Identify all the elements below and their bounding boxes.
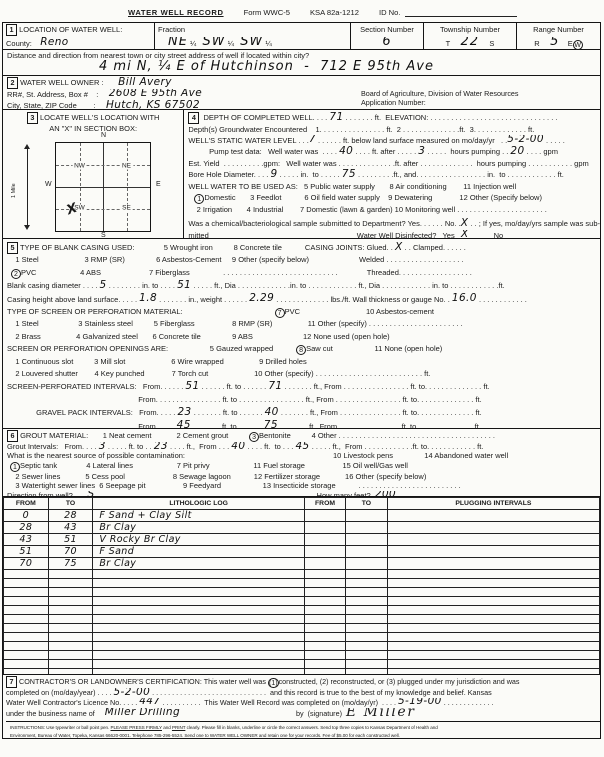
printed-text: City, State, ZIP Code : <box>7 101 106 110</box>
printed-text: Casing height above land surface. . . . … <box>7 295 139 304</box>
section-1-location: 1 LOCATION OF WATER WELL: County: Reno F… <box>3 23 600 50</box>
table-cell <box>93 660 305 669</box>
printed-text: Range Number <box>533 25 584 34</box>
printed-text: . . . . . . . ft., From . . . . . . . . … <box>282 382 489 391</box>
line-well-disinfected: mittedWater Well Disinfected? Yes X No <box>188 230 600 239</box>
printed-text: . . . . . ft., Dia . . . . . . . . . . .… <box>191 281 504 290</box>
handwritten-entry: 9 <box>270 169 277 180</box>
fraction-label-line: Fraction <box>158 24 347 37</box>
table-cell <box>346 558 388 570</box>
printed-text: GRAVEL PACK INTERVALS: From. . . . . <box>7 408 177 417</box>
signature-script: E Miller <box>346 708 415 719</box>
line-grout-material: 6 GROUT MATERIAL: 1 Neat cement 2 Cement… <box>7 430 600 442</box>
handwritten-entry: 5-2-00 <box>113 688 150 698</box>
table-row <box>4 615 600 624</box>
section-number-cell: Section Number 6 <box>351 23 424 49</box>
table-cell <box>304 570 345 579</box>
form-number: Form WWC-5 <box>244 8 290 17</box>
table-row: 2843Br Clay <box>4 522 600 534</box>
instructions-block: INSTRUCTIONS: Use typewriter or ball poi… <box>6 721 600 739</box>
handwritten-entry: NE <box>168 37 188 50</box>
printed-text: T <box>446 39 461 48</box>
printed-text: Distance and direction from nearest town… <box>7 51 309 60</box>
circled-option: 2 <box>11 269 21 279</box>
printed-text: completed on (mo/day/year) . . . . <box>6 688 113 697</box>
form-statute: KSA 82a-1212 <box>310 8 359 17</box>
diagram-dashed-line <box>127 143 128 231</box>
col-to-2: TO <box>346 498 388 510</box>
table-row <box>4 588 600 597</box>
handwritten-entry: 75 <box>264 420 278 429</box>
printed-text: . . . . . . . . .ft., and. . . . . . . .… <box>356 170 564 179</box>
handwritten-entry: X <box>461 218 469 229</box>
line-depth-completed-well: 4 DEPTH OF COMPLETED WELL. . . . 71 . . … <box>188 112 600 124</box>
table-cell <box>387 570 599 579</box>
line-screen-material-header: TYPE OF SCREEN OR PERFORATION MATERIAL:7… <box>7 306 600 318</box>
table-cell: 75 <box>48 558 93 570</box>
section-5-casing: 5 TYPE OF BLANK CASING USED: 5 Wrought i… <box>3 239 600 429</box>
line-casing-options-1: 1 Steel 3 RMP (SR) 6 Asbestos-Cement 9 O… <box>7 254 600 266</box>
table-row: 4351V Rocky Br Clay <box>4 534 600 546</box>
printed-text: . . . . . in. to . . . . . <box>278 170 342 179</box>
handwritten-entry: SW <box>203 37 226 50</box>
printed-text: S <box>479 39 494 48</box>
line-sample-submitted: Was a chemical/bacteriological sample su… <box>188 218 600 229</box>
table-row <box>4 570 600 579</box>
section-number-value: 6 <box>354 37 420 51</box>
table-cell <box>304 522 345 534</box>
handwritten-entry: 40 <box>339 146 353 157</box>
handwritten-entry: 2.29 <box>249 293 274 305</box>
table-cell <box>304 558 345 570</box>
printed-text: . . . . . . ft. below land surface measu… <box>316 136 507 145</box>
col-from-1: FROM <box>4 498 49 510</box>
line-gravel-pack-intervals-2: From. . . . . 45 . . . . . . . ft. to . … <box>7 420 600 429</box>
table-cell <box>4 579 49 588</box>
handwritten-entry: 45 <box>177 420 191 429</box>
printed-text: . . . . ft. to . . . <box>245 442 295 451</box>
table-cell <box>4 615 49 624</box>
printed-text: Township Number <box>440 25 500 34</box>
table-cell: 70 <box>48 546 93 558</box>
section-number-box: 4 <box>188 112 199 124</box>
table-cell <box>304 615 345 624</box>
form-title: WATER WELL RECORD <box>128 8 224 17</box>
instructions-line-1: INSTRUCTIONS: Use typewriter or ball poi… <box>10 724 596 732</box>
owner-name-line: 2 WATER WELL OWNER : Bill Avery <box>7 77 347 89</box>
printed-text: Water Well Disinfected? Yes <box>357 231 461 239</box>
table-cell <box>304 624 345 633</box>
section-number-box: 2 <box>7 77 18 89</box>
form-body: 1 LOCATION OF WATER WELL: County: Reno F… <box>2 22 601 739</box>
table-cell <box>4 624 49 633</box>
printed-text: 1 Steel 3 Stainless steel 5 Fiberglass 8… <box>7 319 463 328</box>
table-cell <box>387 642 599 651</box>
table-cell: 28 <box>48 510 93 522</box>
handwritten-entry: 4 mi N, ¼ E of Hutchinson - 712 E 95th A… <box>99 60 434 74</box>
handwritten-entry: 3 <box>99 442 106 451</box>
printed-text: . . . . . . . . . . . . . <box>442 698 494 707</box>
table-cell <box>346 588 388 597</box>
printed-text: DEPTH OF COMPLETED WELL. . . . <box>199 113 329 122</box>
line-screen-intervals-1: SCREEN-PERFORATED INTERVALS: From. . . .… <box>7 380 600 393</box>
table-cell <box>48 633 93 642</box>
handwritten-entry: Hutch, KS 67502 <box>106 100 200 110</box>
printed-text: ¼ <box>188 39 203 48</box>
table-cell <box>4 588 49 597</box>
table-cell <box>304 597 345 606</box>
handwritten-entry: 1.8 <box>139 293 157 305</box>
table-cell: F Sand + Clay Silt <box>93 510 305 522</box>
section-3-locator: 3 LOCATE WELL'S LOCATION WITH AN "X" IN … <box>3 110 184 238</box>
line-grout-intervals: Grout Intervals: From. . . . 3 . . . . .… <box>7 442 600 451</box>
table-cell <box>346 546 388 558</box>
township-cell: Township Number T 22 S <box>424 23 517 49</box>
line-water-use-options-1: WELL WATER TO BE USED AS: 5 Public water… <box>188 181 600 192</box>
township-label: Township Number <box>427 24 513 37</box>
printed-text: E <box>559 39 572 48</box>
printed-text: Pump test data: Well water was . . . . <box>188 147 339 156</box>
handwritten-entry: 447 <box>139 698 160 708</box>
handwritten-entry: 23 <box>154 442 168 451</box>
table-cell <box>48 624 93 633</box>
table-cell <box>346 597 388 606</box>
section-2-owner: 2 WATER WELL OWNER : Bill Avery RR#, St.… <box>3 76 600 110</box>
table-cell <box>346 522 388 534</box>
table-cell <box>4 633 49 642</box>
table-cell <box>93 633 305 642</box>
printed-text: What is the nearest source of possible c… <box>7 451 185 460</box>
one-mile-label: 1 Mile <box>11 183 17 198</box>
handwritten-entry: 51 <box>177 279 191 291</box>
section-number-box: 5 <box>7 242 18 254</box>
table-cell <box>346 642 388 651</box>
table-cell: 51 <box>4 546 49 558</box>
table-row <box>4 579 600 588</box>
handwritten-entry: 75 <box>342 169 356 180</box>
line-gravel-pack-intervals-1: GRAVEL PACK INTERVALS: From. . . . . 23 … <box>7 406 600 419</box>
printed-text: Depth(s) Groundwater Encountered 1. . . … <box>188 125 534 134</box>
handwritten-entry: 71 <box>268 380 282 392</box>
printed-text: ¼ <box>226 39 241 48</box>
printed-text: . . . . . . . ft., From . . . . . . . . … <box>279 408 482 417</box>
table-header-row: FROM TO LITHOLOGIC LOG FROM TO PLUGGING … <box>4 498 600 510</box>
table-cell <box>304 660 345 669</box>
table-cell <box>304 510 345 522</box>
printed-text: County: <box>6 39 40 48</box>
line-licence-number: Water Well Contractor's Licence No. . . … <box>6 698 600 708</box>
handwritten-entry: X <box>395 241 403 253</box>
sections-3-4: 3 LOCATE WELL'S LOCATION WITH AN "X" IN … <box>3 110 600 239</box>
table-cell <box>387 624 599 633</box>
printed-text: WATER WELL OWNER : <box>18 78 118 87</box>
table-cell <box>387 597 599 606</box>
handwritten-entry: 5 <box>550 37 559 50</box>
circled-option: 3 <box>249 432 259 442</box>
printed-text: No <box>469 231 504 239</box>
diagram-horizontal-midline <box>56 187 150 188</box>
fraction-value-line: NE ¼ SW ¼ SW ¼ <box>158 37 347 51</box>
table-cell <box>304 606 345 615</box>
table-cell <box>346 615 388 624</box>
handwritten-entry: 2608 E 95th Ave <box>109 89 202 100</box>
section-number-box: 1 <box>6 24 17 36</box>
table-cell <box>304 633 345 642</box>
lithologic-log-section: FROM TO LITHOLOGIC LOG FROM TO PLUGGING … <box>3 497 600 675</box>
table-cell <box>387 534 599 546</box>
printed-text: 2 Sewer lines 5 Cess pool 8 Sewage lagoo… <box>7 472 426 481</box>
line-contamination-header: What is the nearest source of possible c… <box>7 451 600 460</box>
section-3-title-1: 3 LOCATE WELL'S LOCATION WITH <box>3 112 183 124</box>
table-cell <box>387 579 599 588</box>
printed-text: SCREEN-PERFORATED INTERVALS: From. . . .… <box>7 382 185 391</box>
printed-text: . . . . ft. after . . . . . <box>353 147 418 156</box>
printed-text: 2 Brass 4 Galvanized steel 6 Concrete ti… <box>7 332 390 341</box>
printed-text: Was a chemical/bacteriological sample su… <box>188 219 460 228</box>
lithologic-table-body: 028F Sand + Clay Silt2843Br Clay4351V Ro… <box>4 510 600 676</box>
table-cell <box>93 642 305 651</box>
table-cell <box>48 597 93 606</box>
handwritten-entry: 5-2-00 <box>507 135 544 146</box>
handwritten-entry: 40 <box>265 406 279 418</box>
table-cell <box>304 651 345 660</box>
handwritten-entry: 51 <box>185 380 199 392</box>
table-cell: 43 <box>48 522 93 534</box>
printed-text: PVC 4 ABS 7 Fiberglass . . . . . . . . .… <box>21 268 472 277</box>
section-box-diagram: NW NE SW SE <box>55 142 151 232</box>
table-cell: V Rocky Br Clay <box>93 534 305 546</box>
printed-text: . . . . . ft., From . . . . . . . . . . … <box>310 442 484 451</box>
printed-text: TYPE OF BLANK CASING USED: 5 Wrought iro… <box>18 243 395 252</box>
printed-text: LOCATE WELL'S LOCATION WITH <box>38 113 160 122</box>
printed-text: Section Number <box>360 25 414 34</box>
quadrant-se-label: SE <box>120 205 133 212</box>
table-row: 028F Sand + Clay Silt <box>4 510 600 522</box>
table-cell: Br Clay <box>93 558 305 570</box>
table-cell <box>304 588 345 597</box>
table-cell <box>304 642 345 651</box>
printed-text: . . . . . . . . . . . . . . . . . . . . … <box>150 688 492 697</box>
printed-text: 2 Irrigation 4 Industrial 7 Domestic (la… <box>188 205 546 214</box>
section-number-box: 3 <box>27 112 38 124</box>
table-cell <box>346 510 388 522</box>
section-6-grout: 6 GROUT MATERIAL: 1 Neat cement 2 Cement… <box>3 429 600 497</box>
handwritten-entry: SW <box>240 37 263 50</box>
printed-text: Bore Hole Diameter. . . . <box>188 170 270 179</box>
distance-value-line: 4 mi N, ¼ E of Hutchinson - 712 E 95th A… <box>7 60 596 75</box>
handwritten-entry: 71 <box>329 112 343 123</box>
range-cell: Range Number R 5 EW <box>517 23 600 49</box>
water-well-record-form: WATER WELL RECORD Form WWC-5 KSA 82a-121… <box>0 0 604 757</box>
table-cell <box>387 546 599 558</box>
line-pump-test-data: Pump test data: Well water was . . . . 4… <box>188 146 600 157</box>
printed-text: RR#, St. Address, Box # : <box>7 90 109 99</box>
printed-text: . . . . . . . ft. to . . . . . . <box>191 422 264 429</box>
printed-text: . . . . . . ft. to . . . . . . <box>200 382 269 391</box>
table-cell <box>346 579 388 588</box>
line-screen-openings-options-1: 1 Continuous slot 3 Mill slot 6 Wire wra… <box>7 356 600 368</box>
printed-text: and <box>162 725 172 730</box>
section-number-box: 6 <box>7 430 18 442</box>
line-business-name-signature: under the business name of Miller Drilli… <box>6 708 600 719</box>
printed-text: AN "X" IN SECTION BOX: <box>49 124 137 133</box>
handwritten-entry: 22 <box>460 37 479 50</box>
table-cell <box>48 606 93 615</box>
printed-text: From. . . . . <box>7 422 177 429</box>
printed-text: Fraction <box>158 25 185 34</box>
table-cell <box>48 588 93 597</box>
printed-text: . . . . . hours pumping . . <box>425 147 510 156</box>
location-title-line: 1 LOCATION OF WATER WELL: <box>6 24 151 37</box>
table-cell <box>93 615 305 624</box>
table-cell <box>4 651 49 660</box>
distance-label-line: Distance and direction from nearest town… <box>7 51 596 60</box>
line-est-yield: Est. Yield . . . . . . . . . .gpm: Well … <box>188 158 600 169</box>
table-row <box>4 624 600 633</box>
line-casing-height-weight: Casing height above land surface. . . . … <box>7 293 600 306</box>
table-cell <box>93 579 305 588</box>
printed-text: Est. Yield . . . . . . . . . .gpm: Well … <box>188 159 588 168</box>
table-cell: 70 <box>4 558 49 570</box>
distance-direction-row: Distance and direction from nearest town… <box>3 50 600 76</box>
printed-text: Septic tank 4 Lateral lines 7 Pit privy … <box>20 461 408 470</box>
printed-text: . . . . . . . ft. ELEVATION: . . . . . .… <box>344 113 558 122</box>
table-cell <box>48 660 93 669</box>
printed-text: Grout Intervals: From. . . . <box>7 442 99 451</box>
table-row: 5170F Sand <box>4 546 600 558</box>
printed-text: LOCATION OF WATER WELL: <box>17 25 122 34</box>
compass-south-label: S <box>101 232 106 239</box>
printed-text: Water Well Contractor's Licence No. . . … <box>6 698 139 707</box>
table-cell <box>346 624 388 633</box>
printed-text: CONTRACTOR'S OR LANDOWNER'S CERTIFICATIO… <box>17 677 268 686</box>
printed-text: TYPE OF SCREEN OR PERFORATION MATERIAL: <box>7 307 183 316</box>
section-4-depth: 4 DEPTH OF COMPLETED WELL. . . . 71 . . … <box>184 110 600 238</box>
line-screen-material-options-2: 2 Brass 4 Galvanized steel 6 Concrete ti… <box>7 331 600 343</box>
line-static-water-level: WELL'S STATIC WATER LEVEL . . .7 . . . .… <box>188 135 600 146</box>
table-cell <box>304 546 345 558</box>
table-cell <box>93 624 305 633</box>
table-cell <box>4 660 49 669</box>
printed-text: . . . . . . . . . . . . <box>477 295 527 304</box>
table-row <box>4 597 600 606</box>
printed-text: Environment, Bureau of Water, Topeka, Ka… <box>10 733 366 738</box>
table-cell: 0 <box>4 510 49 522</box>
handwritten-entry: Bill Avery <box>118 77 172 88</box>
section-7-certification: 7 CONTRACTOR'S OR LANDOWNER'S CERTIFICAT… <box>3 675 600 737</box>
printed-text: . . . . . . . . . . This Water Well Reco… <box>160 698 398 707</box>
printed-text: 10 Asbestos-cement <box>366 307 434 316</box>
printed-text: . . ; If yes, mo/day/yrs sample was sub- <box>468 219 600 228</box>
table-cell <box>93 606 305 615</box>
circled-option: 1 <box>194 194 204 204</box>
circled-option: W <box>573 40 583 50</box>
table-cell <box>304 534 345 546</box>
printed-text: . . . . . <box>544 136 565 145</box>
compass-north-label: N <box>101 132 106 139</box>
printed-text: under the business name of <box>6 709 105 718</box>
printed-text: . . . . . . . in., weight . . . . . . <box>157 295 249 304</box>
owner-address-line: RR#, St. Address, Box # : 2608 E 95th Av… <box>7 89 347 101</box>
handwritten-entry: 5-19-00 <box>398 698 442 708</box>
printed-text: well. <box>390 733 400 738</box>
table-row <box>4 660 600 669</box>
table-cell <box>346 651 388 660</box>
table-row <box>4 633 600 642</box>
col-plugging-intervals: PLUGGING INTERVALS <box>387 498 599 510</box>
printed-text: . . . . ft., From . . . <box>168 442 231 451</box>
table-cell <box>48 570 93 579</box>
printed-text: Saw cut 11 None (open hole) <box>306 344 442 353</box>
table-cell <box>387 651 599 660</box>
underlined-text: constructed <box>366 733 389 738</box>
line-screen-openings-options-2: 2 Louvered shutter 4 Key punched 7 Torch… <box>7 368 600 380</box>
table-row: 7075Br Clay <box>4 558 600 570</box>
line-screen-openings-header: SCREEN OR PERFORATION OPENINGS ARE: 5 Ga… <box>7 343 600 355</box>
handwritten-entry: 16.0 <box>452 293 477 305</box>
printed-text: . . . . gpm <box>525 147 558 156</box>
col-lithologic-log: LITHOLOGIC LOG <box>93 498 305 510</box>
table-cell <box>48 579 93 588</box>
table-cell: Br Clay <box>93 522 305 534</box>
handwritten-entry: 20 <box>510 146 524 157</box>
line-screen-intervals-2: From. . . . . . . . . . . . . . . . ft. … <box>7 394 600 406</box>
printed-text: . . . . . ft. to . . <box>106 442 154 451</box>
table-cell <box>93 588 305 597</box>
table-cell <box>48 615 93 624</box>
printed-text: From. . . . . . . . . . . . . . . . ft. … <box>7 395 482 404</box>
handwritten-entry: X <box>461 230 469 239</box>
col-to-1: TO <box>48 498 93 510</box>
table-cell <box>346 660 388 669</box>
line-casing-options-2: 2PVC 4 ABS 7 Fiberglass . . . . . . . . … <box>7 267 600 279</box>
table-cell <box>48 651 93 660</box>
table-cell <box>93 651 305 660</box>
printed-text: GROUT MATERIAL: 1 Neat cement 2 Cement g… <box>18 431 249 440</box>
table-cell: 51 <box>48 534 93 546</box>
table-cell <box>48 642 93 651</box>
table-cell <box>93 570 305 579</box>
handwritten-entry: Miller Drilling <box>105 708 180 719</box>
table-cell <box>387 615 599 624</box>
table-cell <box>346 606 388 615</box>
printed-text: by (signature) <box>296 709 346 718</box>
table-cell <box>346 570 388 579</box>
form-header: WATER WELL RECORD Form WWC-5 KSA 82a-121… <box>0 8 604 17</box>
circled-option: 1 <box>10 462 20 472</box>
printed-text: PVC <box>285 307 300 316</box>
printed-text: . . . . . . . ft., From . . . . . . . . … <box>278 422 481 429</box>
handwritten-entry: 5 <box>100 279 107 291</box>
instructions-line-2: Environment, Bureau of Water, Topeka, Ka… <box>10 732 596 739</box>
table-cell <box>4 570 49 579</box>
diagram-dashed-line <box>80 143 81 231</box>
line-contamination-options-1: 1Septic tank 4 Lateral lines 7 Pit privy… <box>7 461 600 472</box>
line-contamination-options-3: 3 Watertight sewer lines 6 Seepage pit 9… <box>7 481 600 490</box>
table-cell <box>387 606 599 615</box>
printed-text: INSTRUCTIONS: Use typewriter or ball poi… <box>10 725 110 730</box>
underlined-text: PLEASE PRESS FIRMLY <box>110 725 161 730</box>
line-bore-hole-diameter: Bore Hole Diameter. . . . 9 . . . . . in… <box>188 169 600 180</box>
line-water-use-options-2: 1Domestic 3 Feedlot 6 Oil field water su… <box>188 192 600 204</box>
table-cell <box>387 558 599 570</box>
agency-block: Board of Agriculture, Division of Water … <box>347 77 596 109</box>
handwritten-entry: 6 <box>382 37 391 50</box>
table-cell <box>4 606 49 615</box>
printed-text: clearly. Please fill in blanks, underlin… <box>185 725 437 730</box>
table-cell <box>346 633 388 642</box>
underlined-text: PRINT <box>172 725 185 730</box>
